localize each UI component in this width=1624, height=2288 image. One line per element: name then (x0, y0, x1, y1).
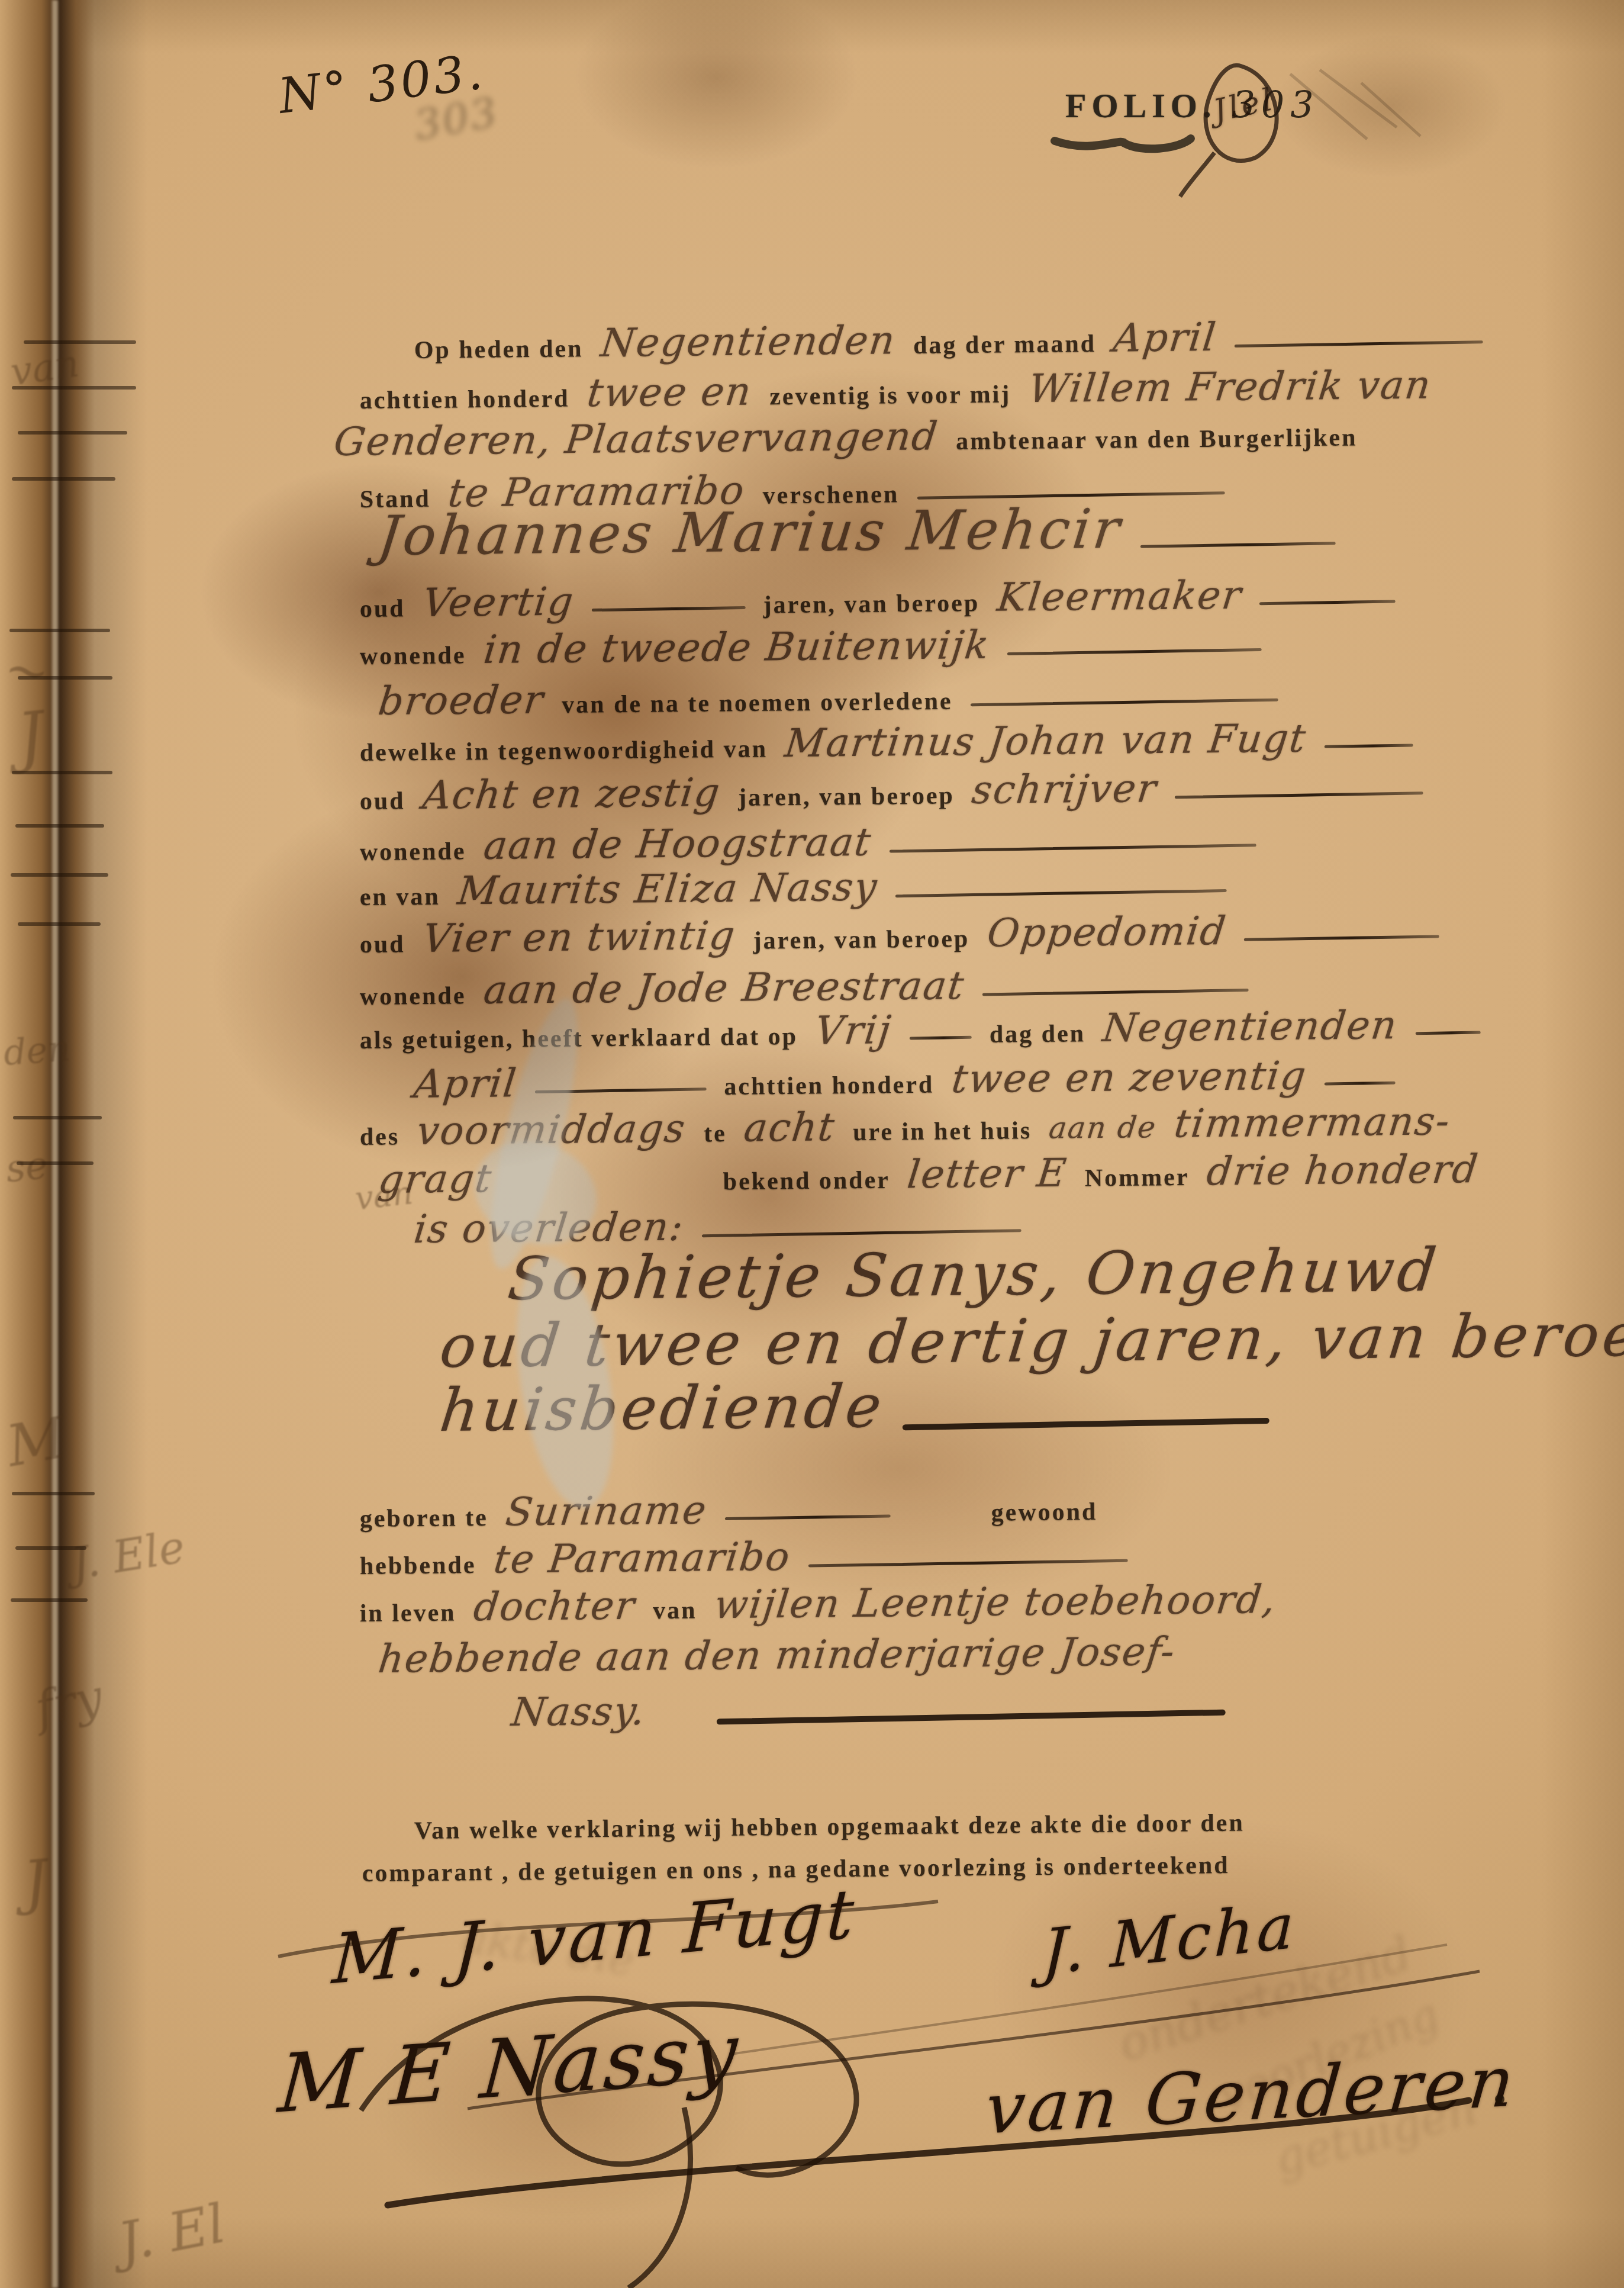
act-line: wonendeaan de Hoogstraat (359, 818, 1256, 867)
printed-text: bekend onder (723, 1166, 890, 1197)
fill-rule-line (971, 699, 1278, 707)
heavy-rule-line (717, 1710, 1226, 1725)
edge-rule-stub (24, 340, 136, 344)
handwritten-text: drie honderd (1204, 1148, 1481, 1192)
edge-rule-stub (18, 922, 101, 926)
handwritten-text: aan de (1048, 1112, 1158, 1144)
handwritten-text: te Paramaribo (491, 1536, 792, 1580)
edge-rule-stub (18, 676, 112, 680)
printed-text: wonende (360, 981, 466, 1012)
printed-text: oud (360, 929, 405, 960)
fill-rule-line (1175, 792, 1423, 799)
edge-rule-stub (11, 1598, 88, 1602)
act-line: Nassy. (511, 1685, 1226, 1733)
closing-paragraph-line1: Van welke verklaring wij hebben opgemaak… (414, 1808, 1245, 1846)
printed-text: gewoond (991, 1497, 1097, 1528)
nassy-signature-descender (629, 2107, 690, 2288)
handwritten-text: schrijver (970, 768, 1159, 810)
handwritten-text: Vier en twintig (420, 915, 737, 959)
printed-text: oud (360, 594, 405, 624)
printed-text: van de na te noemen overledene (562, 687, 953, 720)
edge-rule-stub (12, 1492, 95, 1495)
printed-text: jaren, van beroep (763, 588, 979, 620)
handwritten-text: Acht en zestig (420, 772, 723, 816)
handwritten-text: Sophietje Sanys, Ongehuwd (505, 1239, 1443, 1310)
act-line: achttien honderdtwee enzeventig is voor … (359, 365, 1431, 416)
printed-text: dewelke in tegenwoordigheid van (360, 734, 768, 768)
act-line: oudVeertigjaren, van beroepKleermaker (359, 573, 1396, 624)
printed-text: ure in het huis (853, 1116, 1032, 1147)
handwritten-text: dochter (472, 1585, 637, 1627)
handwritten-text: Kleermaker (995, 575, 1243, 618)
act-line: Genderen, Plaatsvervangendambtenaar van … (334, 411, 1357, 462)
fill-rule-line (1324, 1082, 1395, 1086)
folio-header: FOLIO. 303 (1065, 83, 1320, 126)
act-line: broedervan de na te noemen overledene (378, 672, 1278, 722)
act-line: oudAcht en zestigjaren, van beroepschrij… (359, 765, 1423, 817)
heavy-rule-line (903, 1418, 1269, 1430)
act-line: Op heden denNegentiendendag der maandApr… (414, 314, 1483, 366)
handwritten-text: April (1111, 317, 1219, 359)
handwritten-text: aan de Hoogstraat (481, 822, 874, 867)
printed-text: en van (360, 882, 440, 913)
fill-rule-line (1235, 341, 1483, 348)
bleed-through-fragment: den (2, 1028, 72, 1074)
fill-rule-line (1140, 542, 1335, 548)
printed-text: des (360, 1122, 400, 1152)
folio-underline-flourish (1055, 139, 1191, 149)
fill-rule-line (889, 844, 1256, 853)
act-line: in levendochtervanwijlen Leentje toebeho… (359, 1579, 1276, 1629)
bleed-through-fragment: van (353, 1174, 415, 1217)
printed-text: als getuigen, heeft verklaard dat op (360, 1022, 798, 1055)
printed-text: dag den (990, 1019, 1086, 1050)
fill-rule-line (592, 606, 746, 612)
handwritten-text: huisbediende (437, 1375, 888, 1441)
handwritten-text: Veertig (420, 581, 576, 623)
fill-rule-line (702, 1230, 1022, 1238)
closing-paragraph-line2: comparant , de getuigen en ons , na geda… (362, 1851, 1230, 1888)
printed-text: achttien honderd (724, 1070, 934, 1102)
handwritten-text: Genderen, Plaatsvervangend (332, 416, 940, 462)
printed-text: Van welke verklaring wij hebben opgemaak… (414, 1808, 1245, 1846)
edge-rule-stub (18, 431, 127, 435)
fill-rule-line (1244, 935, 1439, 941)
scanned-civil-record-page: N° 303. 303 FOLIO. 303 Jlel Op heden den… (0, 0, 1624, 2288)
act-line: Johannes Marius Mehcir (378, 498, 1336, 565)
edge-rule-stub (11, 873, 108, 877)
handwritten-text: Johannes Marius Mehcir (375, 501, 1126, 565)
act-line: oud twee en dertig jaren, van beroep (440, 1304, 1624, 1378)
handwritten-text: aan de Jode Breestraat (481, 965, 966, 1011)
spacer (908, 1520, 974, 1521)
printed-text: dag der maand (913, 329, 1096, 361)
edge-rule-stub (12, 477, 115, 481)
handwritten-text: Negentienden (1101, 1005, 1400, 1048)
handwritten-text: Negentienden (598, 320, 897, 363)
edge-rule-stub (15, 824, 104, 828)
printed-text: geboren te (360, 1503, 488, 1534)
act-line: en vanMaurits Eliza Nassy (359, 863, 1227, 912)
fill-rule-line (1259, 600, 1396, 606)
handwritten-text: Vrij (813, 1009, 894, 1051)
handwritten-text: Maurits Eliza Nassy (456, 867, 880, 912)
folio-label: FOLIO. (1065, 86, 1216, 125)
handwritten-text: in de tweede Buitenwijk (481, 625, 991, 671)
printed-text: achttien honderd (360, 384, 570, 416)
handwritten-text: twee en zeventig (949, 1055, 1309, 1099)
printed-text: comparant , de getuigen en ons , na geda… (362, 1851, 1230, 1888)
act-line: dewelke in tegenwoordigheid vanMartinus … (359, 717, 1413, 768)
handwritten-text: Willem Fredrik van (1026, 365, 1433, 410)
printed-text: te (704, 1119, 727, 1149)
printed-text: oud (360, 786, 405, 816)
spacer (663, 1723, 699, 1724)
printed-text: Nommer (1085, 1163, 1190, 1193)
printed-text: jaren, van beroep (738, 781, 955, 813)
edge-rule-stub (9, 629, 110, 632)
handwritten-text: letter E (906, 1153, 1069, 1195)
printed-text: in leven (360, 1598, 456, 1629)
act-line: wonendein de tweede Buitenwijk (359, 622, 1262, 671)
fill-rule-line (808, 1559, 1127, 1568)
act-line: oudVier en twintigjaren, van beroepOpped… (359, 908, 1439, 960)
act-line: hebbendete Paramaribo (359, 1533, 1127, 1582)
printed-text: ambtenaar van den Burgerlijken (956, 423, 1358, 456)
edge-rule-stub (12, 386, 136, 390)
act-line: hebbende aan den minderjarige Josef- (378, 1631, 1175, 1679)
fill-rule-line (1007, 648, 1262, 655)
act-line: geboren teSurinamegewoond (359, 1486, 1097, 1534)
handwritten-text: Martinus Johan van Fugt (783, 718, 1309, 764)
bleed-through-fragment: se (4, 1144, 50, 1192)
printed-text: jaren, van beroep (753, 924, 969, 956)
printed-text: wonende (360, 641, 466, 671)
handwritten-text: hebbende aan den minderjarige Josef- (376, 1631, 1178, 1679)
fill-rule-line (725, 1515, 891, 1521)
handwritten-text: Suriname (504, 1489, 710, 1533)
fill-rule-line (910, 1036, 972, 1040)
handwritten-text: Oppedomid (985, 910, 1228, 954)
fill-rule-line (982, 989, 1249, 996)
printed-text: van (653, 1596, 697, 1626)
printed-text: wonende (360, 836, 466, 867)
edge-rule-stub (13, 1116, 102, 1119)
fill-rule-line (1416, 1031, 1481, 1035)
bleed-through-fragment: M (2, 1404, 70, 1479)
handwritten-text: timmermans- (1172, 1100, 1452, 1144)
handwritten-text: oud twee en dertig jaren, van beroep (437, 1304, 1624, 1378)
handwritten-text: Nassy. (510, 1691, 648, 1733)
printed-text: Op heden den (414, 334, 584, 365)
fill-rule-line (895, 889, 1227, 897)
edge-rule-stub (15, 1546, 86, 1550)
printed-text: zeventig is voor mij (769, 379, 1011, 411)
act-line: Sophietje Sanys, Ongehuwd (508, 1239, 1439, 1310)
edge-rule-stub (17, 1161, 94, 1165)
fill-rule-line (1325, 744, 1413, 748)
edge-rule-stub (12, 771, 112, 774)
handwritten-text: twee en (585, 371, 755, 414)
handwritten-text: April (412, 1063, 520, 1105)
handwritten-text: acht (742, 1106, 837, 1148)
printed-text: hebbende (360, 1550, 476, 1581)
handwritten-text: wijlen Leentje toebehoord, (713, 1579, 1278, 1625)
handwritten-text: broeder (376, 679, 546, 722)
witness-signature: M E Nassy (275, 2005, 743, 2131)
